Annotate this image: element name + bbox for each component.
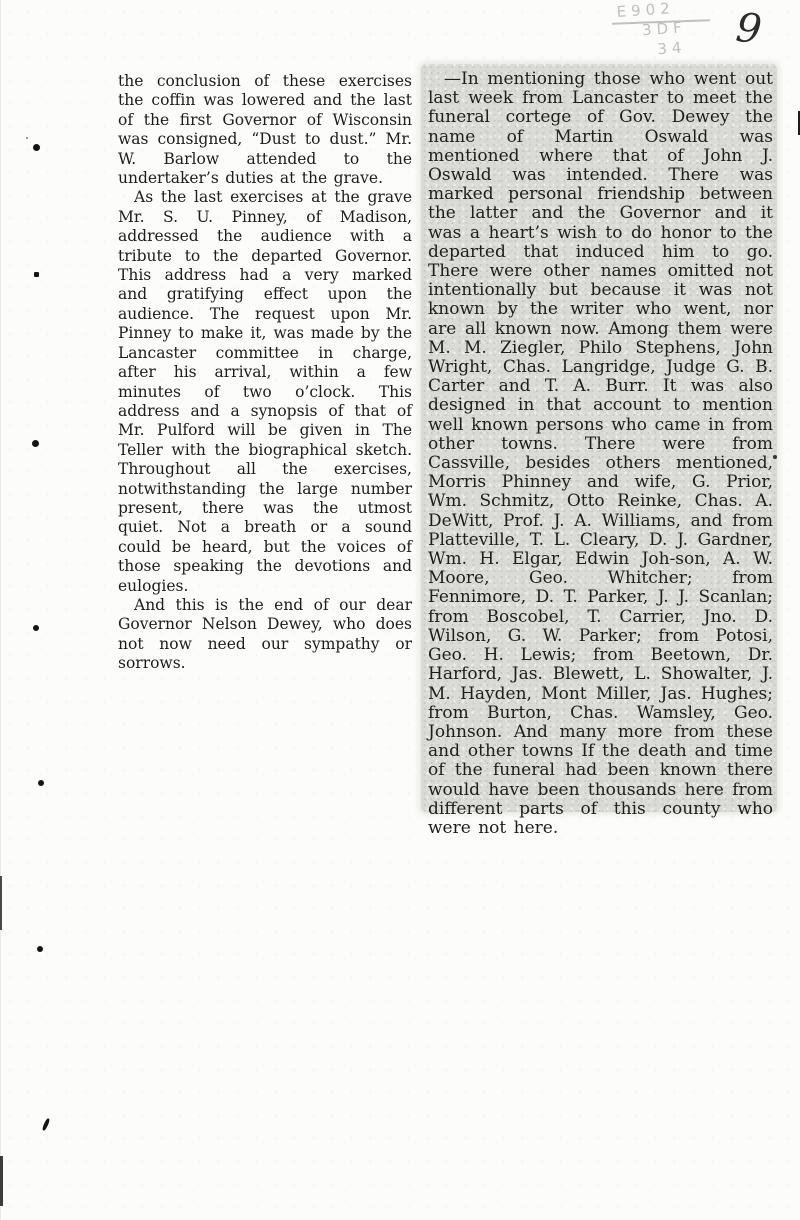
- handwritten-page-number: 9: [734, 5, 764, 53]
- ink-speck: [33, 625, 39, 631]
- ink-speck: [26, 137, 28, 139]
- ink-speck: [42, 1118, 51, 1132]
- ink-speck: [32, 440, 39, 447]
- paragraph-right-1: —In mentioning those who went out last w…: [428, 70, 773, 838]
- scanned-page: E902 3DF 34 9 the conclusion of these ex…: [0, 0, 800, 1220]
- article-column-left: the conclusion of these exercises the co…: [118, 72, 412, 674]
- ink-speck: [773, 455, 777, 459]
- ink-speck: [38, 780, 44, 786]
- paragraph-left-3: And this is the end of our dear Governor…: [118, 596, 412, 674]
- ink-speck: [34, 272, 39, 277]
- paragraph-left-1: the conclusion of these exercises the co…: [118, 72, 412, 188]
- ink-speck: [33, 144, 40, 151]
- scan-edge-artifact: [0, 1156, 3, 1206]
- article-column-right: —In mentioning those who went out last w…: [428, 70, 773, 838]
- scan-edge-artifact: [0, 876, 2, 930]
- ink-speck: [37, 946, 43, 952]
- paragraph-left-2: As the last exercises at the grave Mr. S…: [118, 188, 412, 596]
- pencil-mark-line-3: 34: [657, 37, 689, 59]
- pencil-annotation: E902 3DF 34: [604, 0, 689, 63]
- scan-edge-artifact: [0, 0, 1, 1220]
